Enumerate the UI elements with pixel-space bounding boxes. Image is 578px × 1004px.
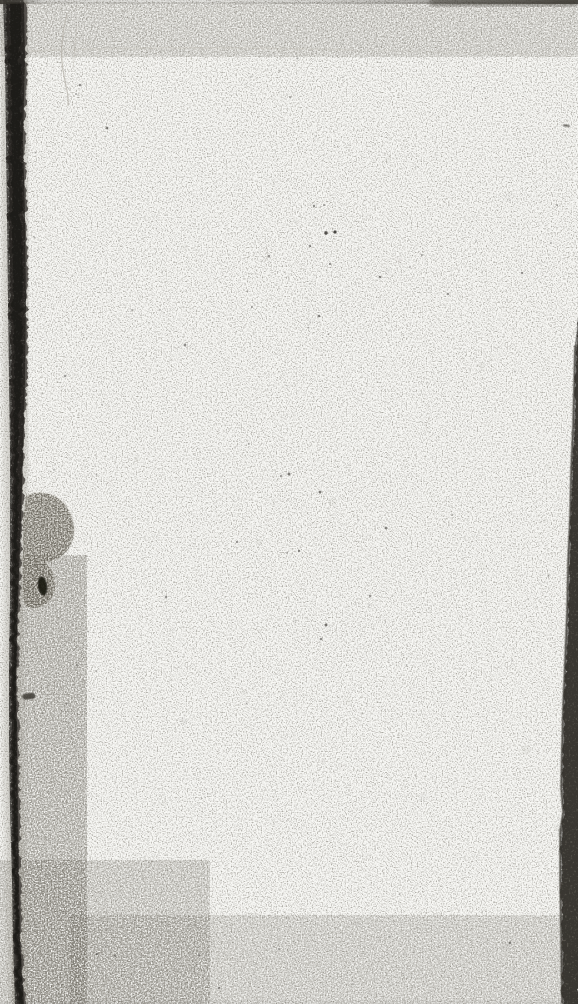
scanned-page <box>0 0 578 1004</box>
scan-artifacts <box>0 0 578 1004</box>
bottom-edge-shade <box>0 1000 578 1004</box>
top-right-shadow <box>430 0 578 6</box>
bottom-left-mottle <box>0 860 210 1004</box>
